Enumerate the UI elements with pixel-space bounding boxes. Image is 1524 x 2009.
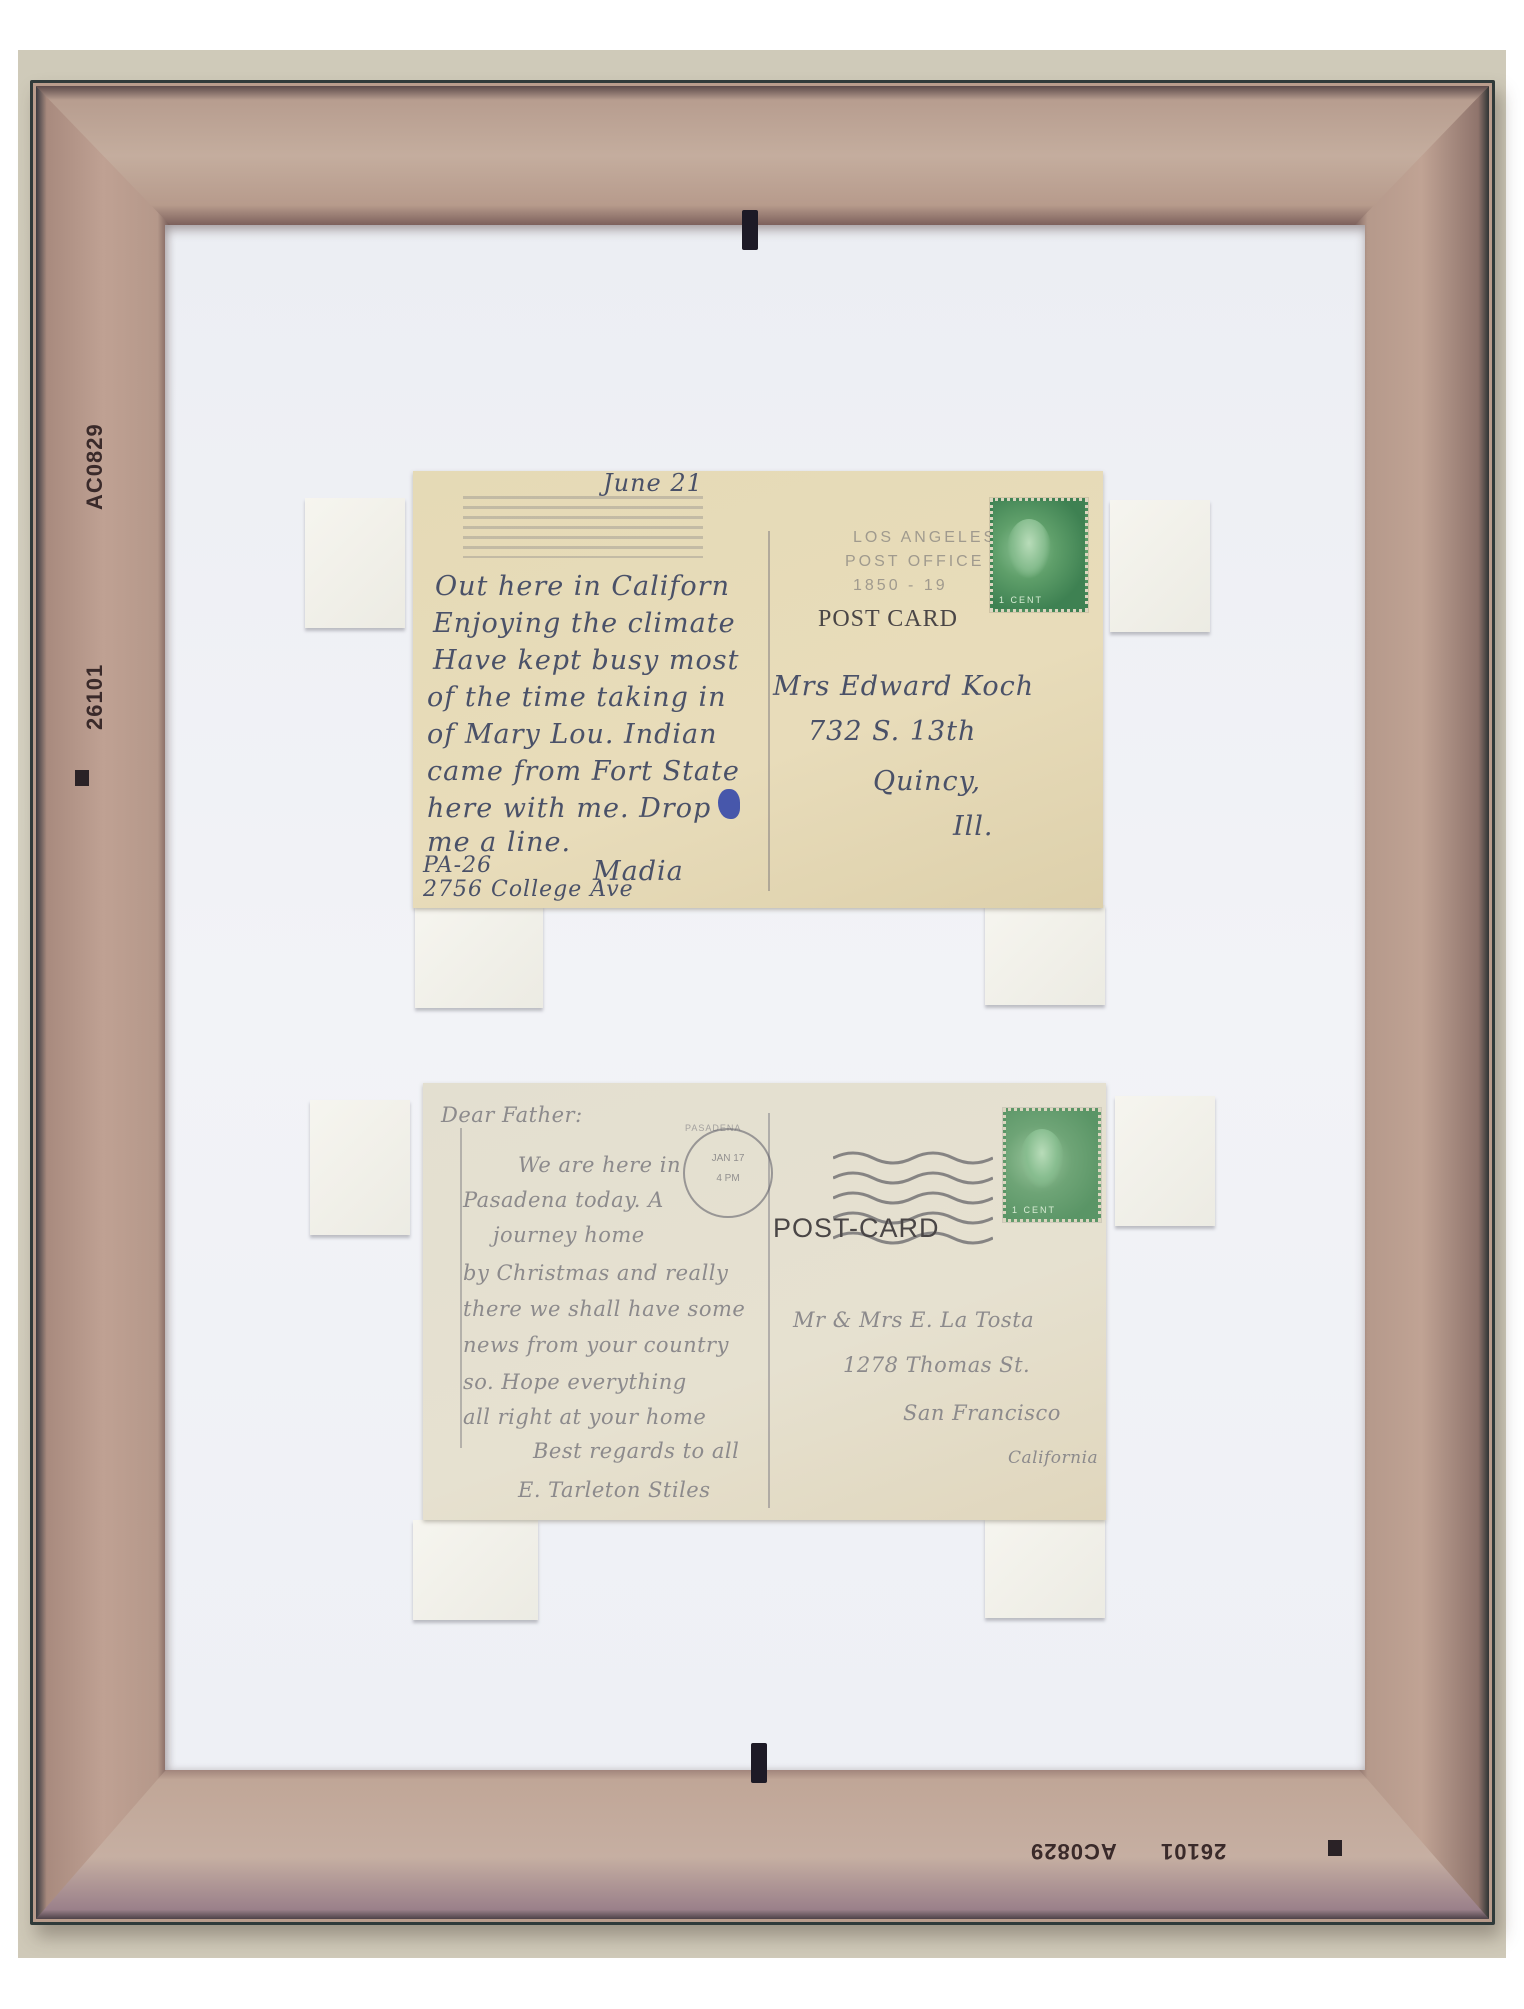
address-line: 732 S. 13th [808, 716, 976, 747]
message-line: all right at your home [463, 1405, 706, 1429]
address-line: San Francisco [903, 1401, 1061, 1425]
address-line: Quincy, [873, 766, 981, 797]
message-line: of Mary Lou. Indian [427, 719, 718, 750]
card-margin-line [460, 1128, 462, 1448]
message-line: journey home [493, 1223, 645, 1247]
frame-rail-top [36, 86, 1489, 226]
message-line: Pasadena today. A [463, 1188, 664, 1212]
message-signature: E. Tarleton Stiles [518, 1478, 711, 1502]
address-line: 1278 Thomas St. [843, 1353, 1030, 1377]
printed-caption [463, 496, 703, 558]
message-line: We are here in [518, 1153, 681, 1177]
message-greeting: Dear Father: [441, 1103, 583, 1127]
message-date: June 21 [603, 471, 703, 497]
frame-rail-left [36, 86, 171, 1919]
postcard-top: June 21 Out here in Californ Enjoying th… [413, 471, 1103, 908]
postcard-label: POST CARD [818, 606, 958, 633]
frame-rail-bottom [36, 1764, 1489, 1919]
postcard-label: POST-CARD [773, 1213, 940, 1244]
frame-mark-bottom-1: AC0829 [1030, 1838, 1117, 1864]
message-line: of the time taking in [427, 682, 727, 713]
svg-text:JAN 17: JAN 17 [712, 1153, 745, 1164]
frame-clip-top [742, 210, 758, 250]
frame-mark-square-bottom [1328, 1840, 1342, 1856]
photo-mount [985, 1518, 1105, 1618]
stamp-denomination: 1 CENT [1012, 1205, 1092, 1215]
stamp-portrait-icon [1020, 1129, 1064, 1189]
frame-clip-bottom [751, 1743, 767, 1783]
message-line: news from your country [463, 1333, 729, 1357]
stamp-portrait-icon [1007, 519, 1051, 579]
frame-mark-left-2: 26101 [82, 664, 108, 730]
photo-mount [305, 498, 405, 628]
message-return-address: 2756 College Ave [423, 877, 634, 902]
photo-mount [1115, 1096, 1215, 1226]
cancel-line: LOS ANGELES [853, 529, 997, 547]
card-divider [768, 531, 770, 891]
postmark-circle-icon: JAN 17 4 PM [678, 1123, 778, 1223]
postage-stamp: 1 CENT [990, 498, 1088, 612]
frame-rail-right [1354, 86, 1489, 1919]
photo-mount [415, 905, 543, 1008]
message-line: PA-26 [423, 853, 492, 878]
frame-mark-bottom-2: 26101 [1160, 1838, 1226, 1864]
postage-stamp: 1 CENT [1003, 1108, 1101, 1222]
photo-mount [985, 905, 1105, 1005]
mat-board [165, 225, 1365, 1770]
photo-mount [310, 1100, 410, 1235]
frame-mark-left-1: AC0829 [82, 423, 108, 510]
message-line: Enjoying the climate [433, 608, 736, 639]
message-line: Best regards to all [533, 1439, 739, 1463]
ink-blot [718, 789, 740, 819]
postmark-city: PASADENA [685, 1123, 741, 1133]
photo-mount [413, 1520, 538, 1620]
address-line: California [1008, 1448, 1098, 1468]
address-line: Mrs Edward Koch [773, 671, 1034, 702]
message-line: so. Hope everything [463, 1370, 687, 1394]
address-line: Ill. [953, 811, 994, 842]
address-line: Mr & Mrs E. La Tosta [793, 1308, 1034, 1332]
message-line: Have kept busy most [433, 645, 739, 676]
postcard-bottom: Dear Father: We are here in Pasadena tod… [423, 1083, 1106, 1520]
photo-mount [1110, 500, 1210, 632]
message-line: here with me. Drop [427, 793, 711, 824]
message-line: by Christmas and really [463, 1261, 728, 1285]
message-line: came from Fort State [427, 756, 740, 787]
message-line: there we shall have some [463, 1297, 745, 1321]
message-line: Out here in Californ [435, 571, 730, 602]
frame-mark-square-left [75, 770, 89, 786]
svg-text:4 PM: 4 PM [716, 1173, 739, 1184]
stamp-denomination: 1 CENT [999, 595, 1079, 605]
cancel-line: 1850 - 19 [853, 577, 948, 595]
